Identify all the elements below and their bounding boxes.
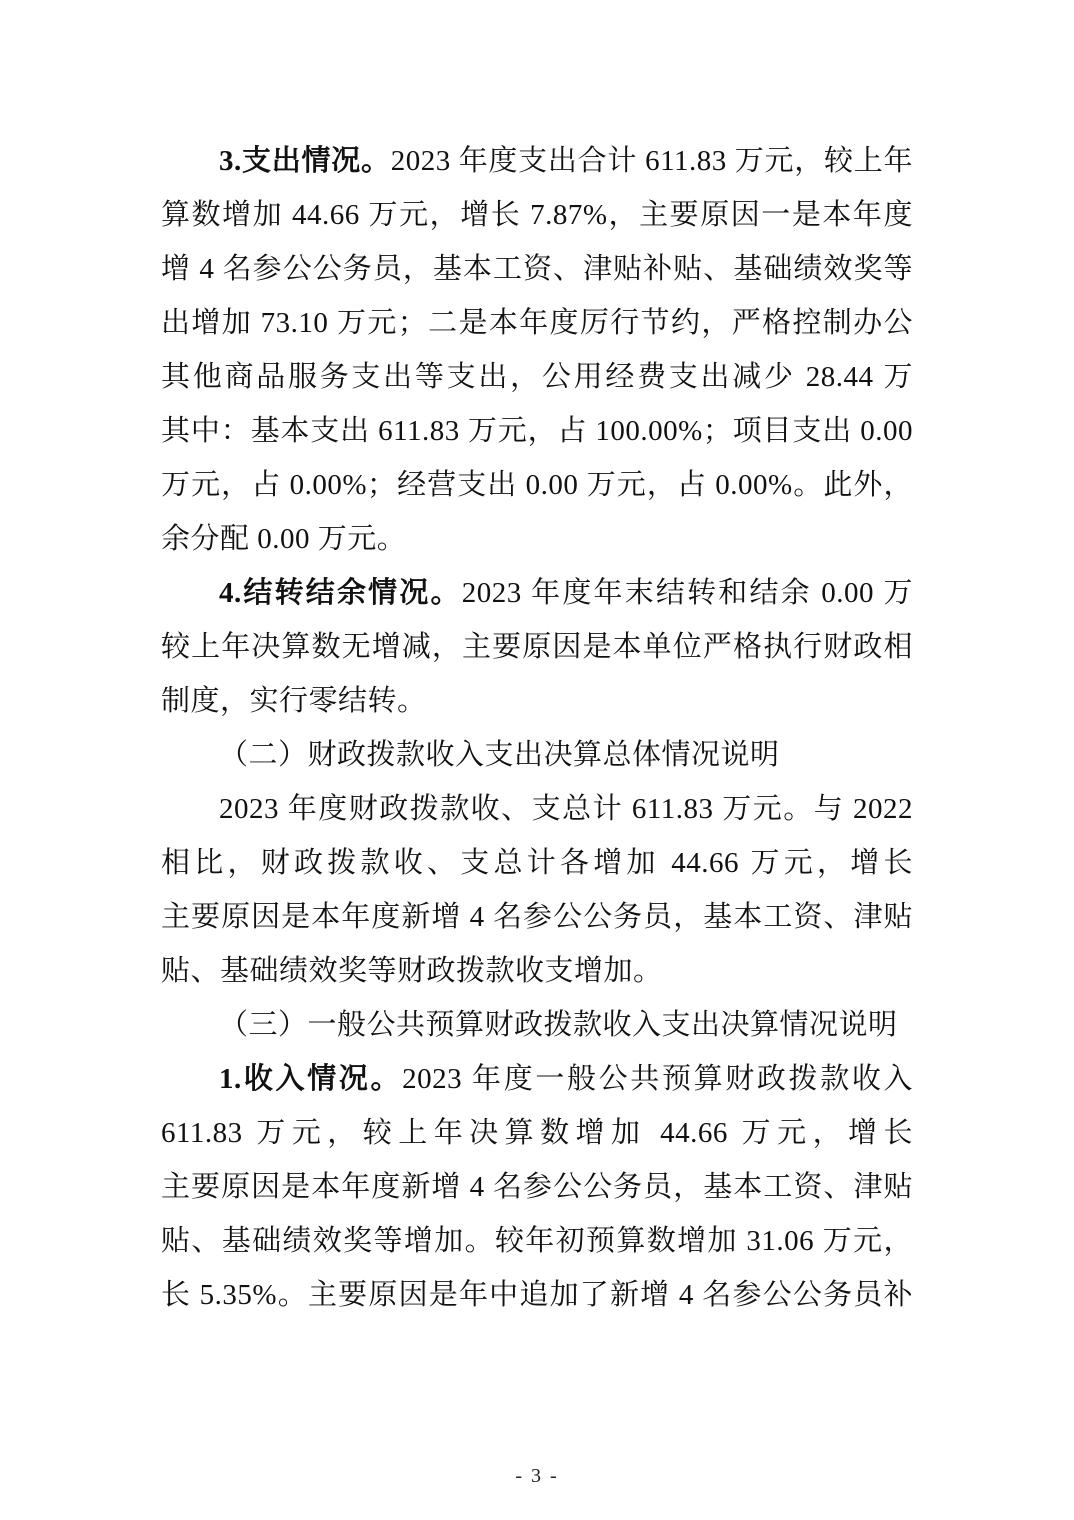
- text-line: 万元，占 0.00%；经营支出 0.00 万元，占 0.00%。此外，结: [161, 458, 913, 512]
- text-line: 其中：基本支出 611.83 万元，占 100.00%；项目支出 0.00: [161, 404, 913, 458]
- text-line: （二）财政拨款收入支出决算总体情况说明: [161, 728, 913, 782]
- text-line: 主要原因是本年度新增 4 名参公公务员，基本工资、津贴补: [161, 890, 913, 944]
- text-run: 其他商品服务支出等支出，公用经费支出减少 28.44 万元。: [161, 361, 913, 404]
- text-run: 相比，财政拨款收、支总计各增加 44.66 万元，增长 7.87%。: [161, 847, 913, 890]
- text-run: 贴、基础绩效奖等财政拨款收支增加。: [161, 955, 663, 987]
- text-line: 主要原因是本年度新增 4 名参公公务员，基本工资、津贴补: [161, 1160, 913, 1214]
- text-run: 算数增加 44.66 万元，增长 7.87%，主要原因一是本年度新: [161, 199, 913, 242]
- text-line: 3.支出情况。2023 年度支出合计 611.83 万元，较上年决: [161, 134, 913, 188]
- text-run: 主要原因是本年度新增 4 名参公公务员，基本工资、津贴补: [161, 901, 913, 944]
- text-line: 4.结转结余情况。2023 年度年末结转和结余 0.00 万元，: [161, 566, 913, 620]
- text-line: 2023 年度财政拨款收、支总计 611.83 万元。与 2022 年: [161, 782, 913, 836]
- text-run: 主要原因是本年度新增 4 名参公公务员，基本工资、津贴补: [161, 1171, 913, 1214]
- text-line: 较上年决算数无增减，主要原因是本单位严格执行财政相关: [161, 620, 913, 674]
- text-line: 增 4 名参公公务员，基本工资、津贴补贴、基础绩效奖等支: [161, 242, 913, 296]
- text-line: 余分配 0.00 万元。: [161, 512, 913, 566]
- text-line: 贴、基础绩效奖等财政拨款收支增加。: [161, 944, 913, 998]
- text-run: 万元，占 0.00%；经营支出 0.00 万元，占 0.00%。此外，结: [161, 469, 913, 512]
- bold-heading-run: 3.支出情况。: [219, 145, 391, 177]
- text-run: 较上年决算数无增减，主要原因是本单位严格执行财政相关: [161, 631, 913, 674]
- document-page: 3.支出情况。2023 年度支出合计 611.83 万元，较上年决算数增加 44…: [0, 0, 1074, 1520]
- text-line: 其他商品服务支出等支出，公用经费支出减少 28.44 万元。: [161, 350, 913, 404]
- text-run: 增 4 名参公公务员，基本工资、津贴补贴、基础绩效奖等支: [161, 253, 913, 296]
- text-run: 出增加 73.10 万元；二是本年度厉行节约，严格控制办公费、: [161, 307, 913, 350]
- text-line: （三）一般公共预算财政拨款收入支出决算情况说明: [161, 998, 913, 1052]
- text-line: 长 5.35%。主要原因是年中追加了新增 4 名参公公务员补发: [161, 1268, 913, 1322]
- text-line: 算数增加 44.66 万元，增长 7.87%，主要原因一是本年度新: [161, 188, 913, 242]
- text-run: 制度，实行零结转。: [161, 685, 427, 717]
- text-run: 611.83 万元，较上年决算数增加 44.66 万元，增长 7.87%。: [161, 1117, 913, 1160]
- page-number: - 3 -: [0, 1464, 1074, 1488]
- text-run: 2023 年度一般公共预算财政拨款收入: [402, 1063, 913, 1095]
- text-run: 2023 年度财政拨款收、支总计 611.83 万元。与 2022 年: [161, 793, 913, 836]
- text-run: 贴、基础绩效奖等增加。较年初预算数增加 31.06 万元，增: [161, 1225, 913, 1268]
- text-line: 1.收入情况。2023 年度一般公共预算财政拨款收入: [161, 1052, 913, 1106]
- text-run: 其中：基本支出 611.83 万元，占 100.00%；项目支出 0.00: [161, 415, 913, 447]
- bold-heading-run: 1.收入情况。: [219, 1063, 402, 1095]
- bold-heading-run: 4.结转结余情况。: [219, 577, 462, 609]
- text-line: 贴、基础绩效奖等增加。较年初预算数增加 31.06 万元，增: [161, 1214, 913, 1268]
- text-run: 长 5.35%。主要原因是年中追加了新增 4 名参公公务员补发: [161, 1279, 913, 1322]
- text-run: （二）财政拨款收入支出决算总体情况说明: [219, 739, 780, 771]
- text-line: 相比，财政拨款收、支总计各增加 44.66 万元，增长 7.87%。: [161, 836, 913, 890]
- text-run: 余分配 0.00 万元。: [161, 523, 406, 555]
- document-lines: 3.支出情况。2023 年度支出合计 611.83 万元，较上年决算数增加 44…: [161, 134, 913, 1322]
- text-line: 制度，实行零结转。: [161, 674, 913, 728]
- text-line: 出增加 73.10 万元；二是本年度厉行节约，严格控制办公费、: [161, 296, 913, 350]
- text-run: （三）一般公共预算财政拨款收入支出决算情况说明: [219, 1009, 898, 1041]
- text-line: 611.83 万元，较上年决算数增加 44.66 万元，增长 7.87%。: [161, 1106, 913, 1160]
